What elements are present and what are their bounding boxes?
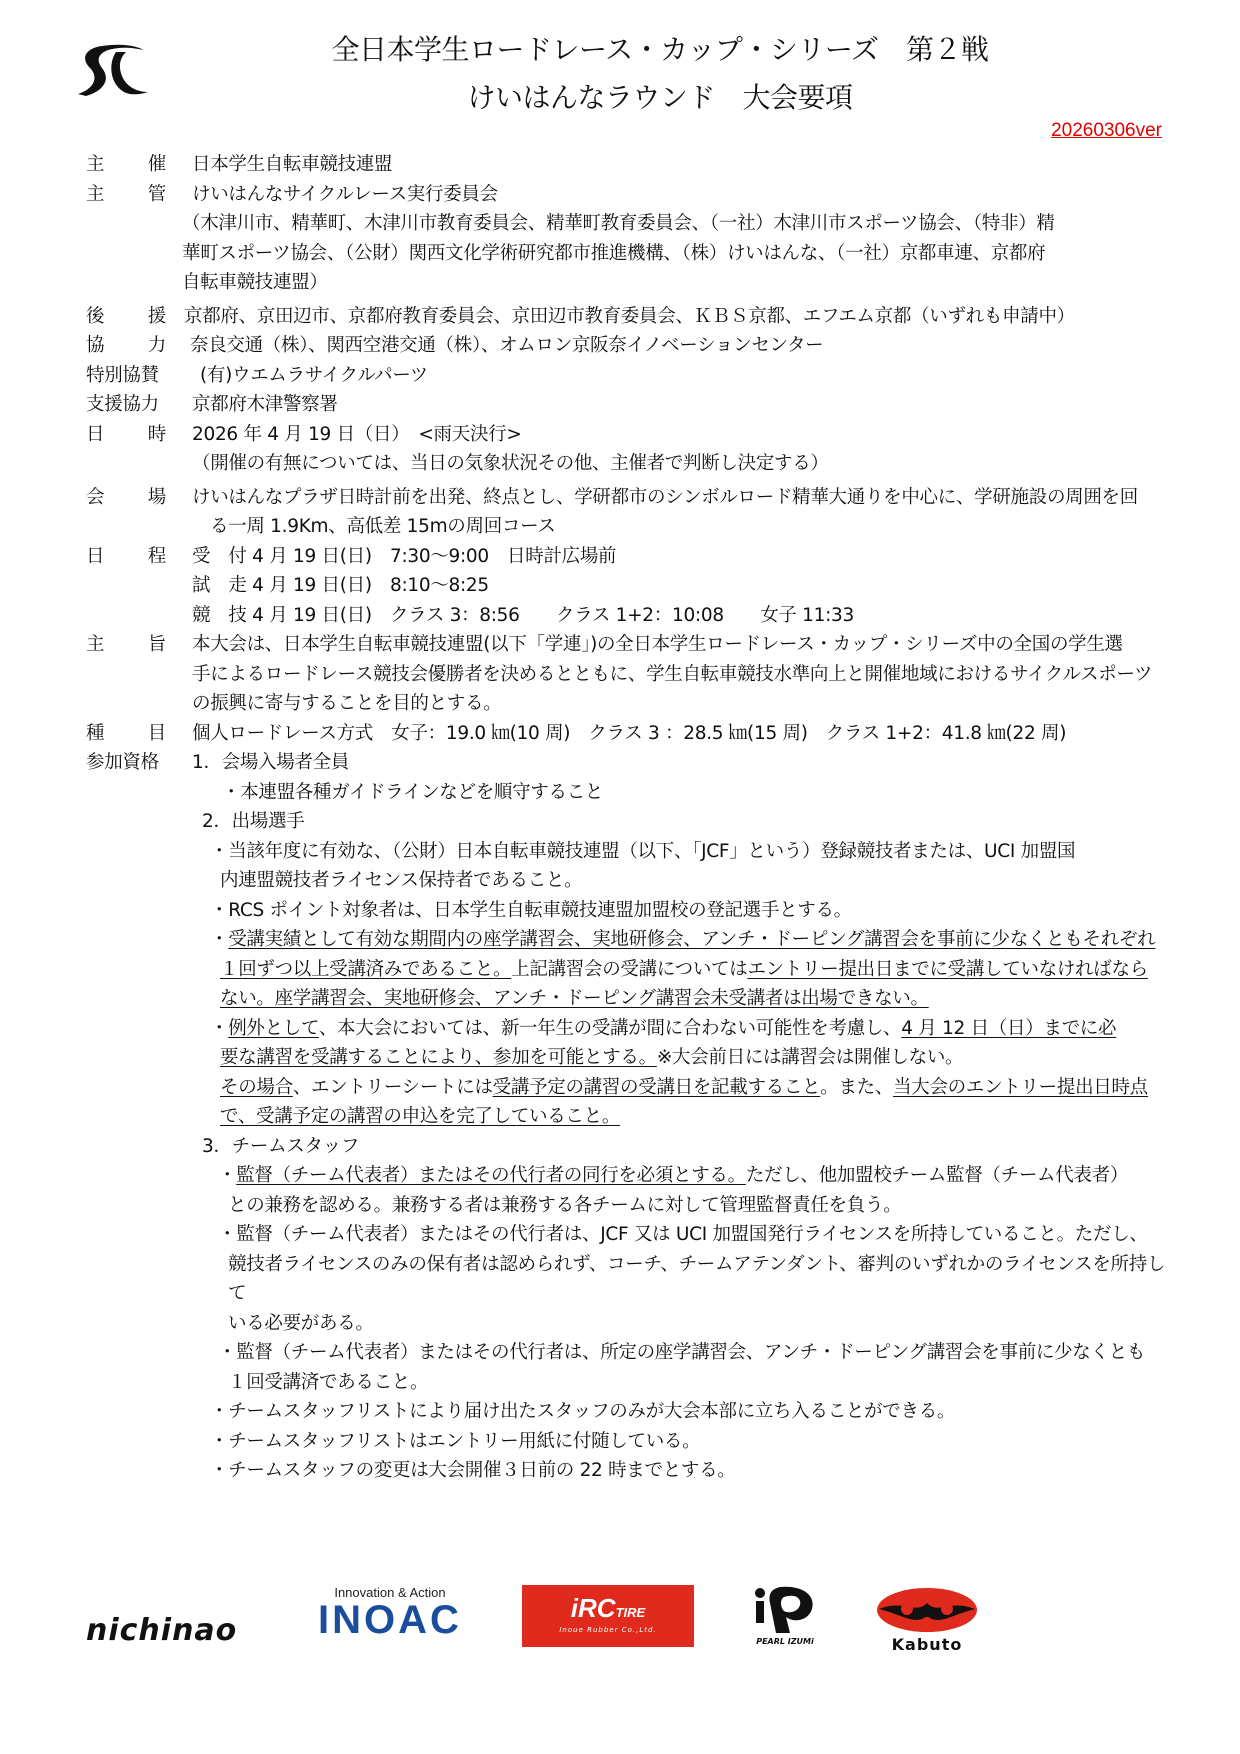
eligibility-s3-item: ・監督（チーム代表者）またはその代行者は、所定の座学講習会、アンチ・ドーピング講…	[86, 1338, 1166, 1368]
document-body: 主催 日本学生自転車競技連盟 主管 けいはんなサイクルレース実行委員会 （木津川…	[86, 150, 1166, 1486]
nichinao-logo: nichinao	[86, 1613, 237, 1648]
eligibility-s2-item: ・例外として、本大会においては、新一年生の受講が間に合わない可能性を考慮し、4 …	[86, 1014, 1166, 1044]
management-row: 主管 けいはんなサイクルレース実行委員会	[86, 180, 1166, 210]
eligibility-s3-item-cont: １回受講済であること。	[86, 1368, 1166, 1398]
datetime-value: 2026 年 4 月 19 日（日） <雨天決行>	[192, 420, 1166, 450]
support-cooperation-label: 支援協力	[86, 390, 192, 420]
irc-tire-logo: iRCTIRE Inoue Rubber Co.,Ltd.	[522, 1585, 694, 1647]
pearl-izumi-label: PEARL IZUMi	[740, 1637, 830, 1646]
organizer-value: 日本学生自転車競技連盟	[192, 150, 1166, 180]
eligibility-s1-item: ・本連盟各種ガイドラインなどを順守すること	[86, 778, 1166, 808]
eligibility-s2-item-cont: １回ずつ以上受講済みであること。上記講習会の受講についてはエントリー提出日までに…	[86, 955, 1166, 985]
version-label: 20260306ver	[1051, 120, 1162, 142]
eligibility-s3-item: ・監督（チーム代表者）またはその代行者の同行を必須とする。ただし、他加盟校チーム…	[86, 1161, 1166, 1191]
irc-subtitle: Inoue Rubber Co.,Ltd.	[522, 1626, 694, 1634]
pearl-izumi-icon	[750, 1583, 820, 1635]
support-value: 京都府、京田辺市、京都府教育委員会、京田辺市教育委員会、ＫＢＳ京都、エフエム京都…	[184, 302, 1166, 332]
purpose-line: 手によるロードレース競技会優勝者を決めるとともに、学生自転車競技水準向上と開催地…	[86, 660, 1166, 690]
eligibility-s3-item-cont: との兼務を認める。兼務する者は兼務する各チームに対して管理監督責任を負う。	[86, 1191, 1166, 1221]
venue-value-line2: る一周 1.9Km、高低差 15mの周回コース	[86, 512, 1166, 542]
kabuto-label: Kabuto	[872, 1635, 982, 1654]
schedule-item: 試 走 4 月 19 日(日) 8:10～8:25	[86, 571, 1166, 601]
events-label: 種目	[86, 719, 166, 749]
management-value: けいはんなサイクルレース実行委員会	[192, 180, 1166, 210]
datetime-row: 日時 2026 年 4 月 19 日（日） <雨天決行>	[86, 420, 1166, 450]
schedule-item: 競 技 4 月 19 日(日) クラス 3：8:56 クラス 1+2：10:08…	[86, 601, 1166, 631]
management-sub: （木津川市、精華町、木津川市教育委員会、精華町教育委員会、（一社）木津川市スポー…	[86, 209, 1166, 298]
support-label: 後援	[86, 302, 166, 332]
eligibility-s2-item-cont: で、受講予定の講習の申込を完了していること。	[86, 1102, 1166, 1132]
management-label: 主管	[86, 180, 166, 210]
document-title-line1: 全日本学生ロードレース・カップ・シリーズ 第２戦	[40, 28, 1240, 68]
eligibility-s3-note: ・チームスタッフの変更は大会開催３日前の 22 時までとする。	[86, 1456, 1166, 1486]
special-sponsor-label: 特別協賛	[86, 361, 200, 391]
eligibility-s3-note: ・チームスタッフリストにより届け出たスタッフのみが大会本部に立ち入ることができる…	[86, 1397, 1166, 1427]
venue-row: 会場 けいはんなプラザ日時計前を出発、終点とし、学研都市のシンボルロード精華大通…	[86, 483, 1166, 513]
schedule-item: 受 付 4 月 19 日(日) 7:30～9:00 日時計広場前	[192, 542, 1166, 572]
irc-name: iRC	[571, 1593, 616, 1623]
eligibility-s1-title: 1．会場入場者全員	[192, 748, 1166, 778]
eligibility-row: 参加資格 1．会場入場者全員	[86, 748, 1166, 778]
cooperation-value: 奈良交通（株）、関西空港交通（株）、オムロン京阪奈イノベーションセンター	[190, 331, 1166, 361]
kabuto-logo: Kabuto	[872, 1585, 982, 1654]
support-cooperation-value: 京都府木津警察署	[192, 390, 1166, 420]
eligibility-s3-note: ・チームスタッフリストはエントリー用紙に付随している。	[86, 1427, 1166, 1457]
venue-value: けいはんなプラザ日時計前を出発、終点とし、学研都市のシンボルロード精華大通りを中…	[192, 483, 1166, 513]
events-row: 種目 個人ロードレース方式 女子：19.0 ㎞(10 周) クラス 3 ：28.…	[86, 719, 1166, 749]
pearl-izumi-logo: PEARL IZUMi	[740, 1583, 830, 1646]
eligibility-s2-item: ・当該年度に有効な、（公財）日本自転車競技連盟（以下、「JCF」という）登録競技…	[86, 837, 1166, 867]
document-title-line2: けいはんなラウンド 大会要項	[40, 76, 1240, 116]
inoac-name: INOAC	[300, 1600, 480, 1640]
cooperation-label: 協力	[86, 331, 166, 361]
purpose-line: の振興に寄与することを目的とする。	[86, 689, 1166, 719]
support-row: 後援 京都府、京田辺市、京都府教育委員会、京田辺市教育委員会、ＫＢＳ京都、エフエ…	[86, 302, 1166, 332]
eligibility-s2-title: 2．出場選手	[86, 807, 1166, 837]
datetime-label: 日時	[86, 420, 166, 450]
eligibility-s3-title: 3．チームスタッフ	[86, 1132, 1166, 1162]
eligibility-s2-item-cont: 内連盟競技者ライセンス保持者であること。	[86, 866, 1166, 896]
schedule-row: 日程 受 付 4 月 19 日(日) 7:30～9:00 日時計広場前	[86, 542, 1166, 572]
special-sponsor-row: 特別協賛 (有)ウエムラサイクルパーツ	[86, 361, 1166, 391]
eligibility-s3-item-cont: いる必要がある。	[86, 1309, 1166, 1339]
eligibility-s3-item: ・監督（チーム代表者）またはその代行者は、JCF 又は UCI 加盟国発行ライセ…	[86, 1220, 1166, 1250]
sponsor-logos: nichinao Innovation & Action INOAC iRCTI…	[0, 1585, 1240, 1675]
eligibility-s2-item-cont: その場合、エントリーシートには受講予定の講習の受講日を記載すること。また、当大会…	[86, 1073, 1166, 1103]
eligibility-s2-item: ・RCS ポイント対象者は、日本学生自転車競技連盟加盟校の登記選手とする。	[86, 896, 1166, 926]
support-cooperation-row: 支援協力 京都府木津警察署	[86, 390, 1166, 420]
kabuto-icon	[875, 1585, 979, 1635]
venue-label: 会場	[86, 483, 166, 513]
eligibility-s2-item: ・受講実績として有効な期間内の座学講習会、実地研修会、アンチ・ドーピング講習会を…	[86, 925, 1166, 955]
organizer-row: 主催 日本学生自転車競技連盟	[86, 150, 1166, 180]
eligibility-s2-item-cont: 要な講習を受講することにより、参加を可能とする。※大会前日には講習会は開催しない…	[86, 1043, 1166, 1073]
special-sponsor-value: (有)ウエムラサイクルパーツ	[200, 361, 1166, 391]
cooperation-row: 協力 奈良交通（株）、関西空港交通（株）、オムロン京阪奈イノベーションセンター	[86, 331, 1166, 361]
purpose-row: 主旨 本大会は、日本学生自転車競技連盟(以下「学連」)の全日本学生ロードレース・…	[86, 630, 1166, 660]
eligibility-label: 参加資格	[86, 748, 192, 778]
inoac-logo: Innovation & Action INOAC	[300, 1585, 480, 1640]
schedule-label: 日程	[86, 542, 166, 572]
datetime-note: （開催の有無については、当日の気象状況その他、主催者で判断し決定する）	[86, 449, 1166, 479]
purpose-label: 主旨	[86, 630, 166, 660]
events-value: 個人ロードレース方式 女子：19.0 ㎞(10 周) クラス 3 ：28.5 ㎞…	[192, 719, 1166, 749]
eligibility-s2-item-cont: ない。座学講習会、実地研修会、アンチ・ドーピング講習会未受講者は出場できない。	[86, 984, 1166, 1014]
organizer-label: 主催	[86, 150, 166, 180]
eligibility-s3-item-cont: 競技者ライセンスのみの保有者は認められず、コーチ、チームアテンダント、審判のいず…	[86, 1250, 1166, 1309]
irc-tire-label: TIRE	[616, 1605, 646, 1620]
purpose-line: 本大会は、日本学生自転車競技連盟(以下「学連」)の全日本学生ロードレース・カップ…	[192, 630, 1166, 660]
